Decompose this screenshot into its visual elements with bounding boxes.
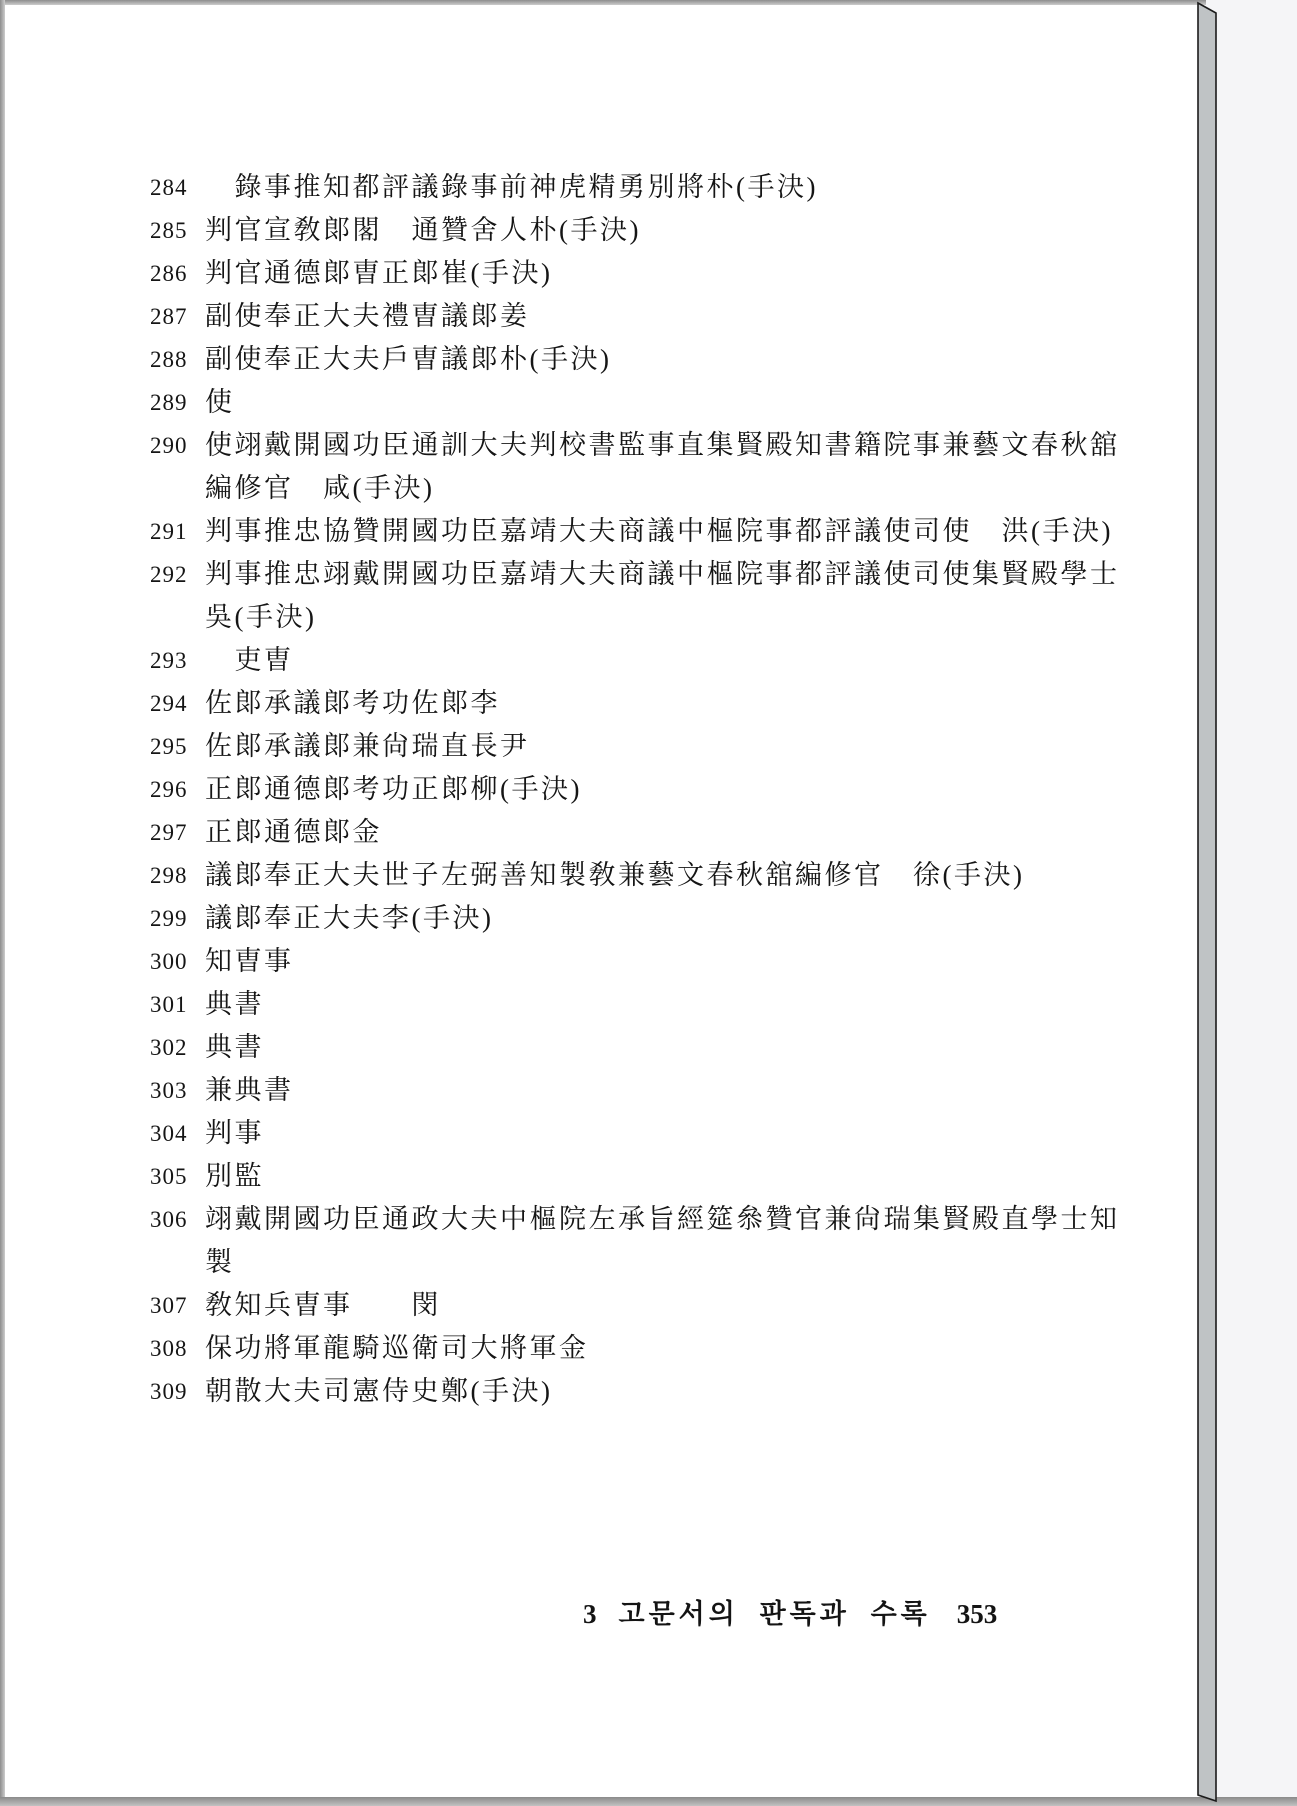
item-number: 307 xyxy=(150,1284,205,1327)
item-text: 正郞通德郞金 xyxy=(205,811,382,854)
item-number: 295 xyxy=(150,725,205,768)
item-text: 使 xyxy=(205,381,235,424)
item-number: 298 xyxy=(150,854,205,897)
item-text: 翊戴開國功臣通政大夫中樞院左承旨經筵叅贊官兼尙瑞集賢殿直學士知 製 xyxy=(205,1198,1120,1284)
item-number: 308 xyxy=(150,1327,205,1370)
page-edge-bottom xyxy=(0,1797,1297,1806)
list-item: 309 朝散大夫司憲侍史鄭(手決) xyxy=(150,1370,1120,1413)
list-item: 300 知曺事 xyxy=(150,940,1120,983)
item-number: 284 xyxy=(150,166,205,209)
chapter-number: 3 xyxy=(583,1599,597,1630)
item-number: 288 xyxy=(150,338,205,381)
item-text: 正郞通德郞考功正郞柳(手決) xyxy=(205,768,582,811)
entry-list: 284 錄事推知都評議錄事前神虎精勇別將朴(手決) 285 判官宣敎郞閣 通贊舍… xyxy=(150,166,1120,1413)
item-number: 303 xyxy=(150,1069,205,1112)
list-item: 295 佐郞承議郞兼尙瑞直長尹 xyxy=(150,725,1120,768)
list-item: 303 兼典書 xyxy=(150,1069,1120,1112)
item-text: 副使奉正大夫禮曺議郞姜 xyxy=(205,295,530,338)
item-number: 293 xyxy=(150,639,205,682)
item-number: 300 xyxy=(150,940,205,983)
list-item: 284 錄事推知都評議錄事前神虎精勇別將朴(手決) xyxy=(150,166,1120,209)
list-item: 298 議郞奉正大夫世子左弼善知製敎兼藝文春秋舘編修官 徐(手決) xyxy=(150,854,1120,897)
item-text: 議郞奉正大夫世子左弼善知製敎兼藝文春秋舘編修官 徐(手決) xyxy=(205,854,1024,897)
list-item: 297 正郞通德郞金 xyxy=(150,811,1120,854)
item-number: 297 xyxy=(150,811,205,854)
list-item: 287 副使奉正大夫禮曺議郞姜 xyxy=(150,295,1120,338)
item-text: 敎知兵曺事 閔 xyxy=(205,1284,441,1327)
list-item: 288 副使奉正大夫戶曺議郞朴(手決) xyxy=(150,338,1120,381)
list-item: 296 正郞通德郞考功正郞柳(手決) xyxy=(150,768,1120,811)
item-number: 286 xyxy=(150,252,205,295)
list-item: 307 敎知兵曺事 閔 xyxy=(150,1284,1120,1327)
scanned-book-page: 284 錄事推知都評議錄事前神虎精勇別將朴(手決) 285 判官宣敎郞閣 通贊舍… xyxy=(0,0,1297,1806)
item-text: 別監 xyxy=(205,1155,264,1198)
item-number: 285 xyxy=(150,209,205,252)
chapter-title: 고문서의 판독과 수록 xyxy=(619,1592,931,1631)
item-text: 判事推忠翊戴開國功臣嘉靖大夫商議中樞院事都評議使司使集賢殿學士 吳(手決) xyxy=(205,553,1120,639)
item-number: 289 xyxy=(150,381,205,424)
list-item: 290 使翊戴開國功臣通訓大夫判校書監事直集賢殿知書籍院事兼藝文春秋舘 編修官 … xyxy=(150,424,1120,510)
item-number: 291 xyxy=(150,510,205,553)
item-text: 典書 xyxy=(205,983,264,1026)
list-item: 286 判官通德郞曺正郞崔(手決) xyxy=(150,252,1120,295)
page-number: 353 xyxy=(957,1599,998,1630)
list-item: 305 別監 xyxy=(150,1155,1120,1198)
item-text: 佐郞承議郞考功佐郞李 xyxy=(205,682,500,725)
list-item: 285 判官宣敎郞閣 通贊舍人朴(手決) xyxy=(150,209,1120,252)
item-text: 判官宣敎郞閣 通贊舍人朴(手決) xyxy=(205,209,641,252)
list-item: 292 判事推忠翊戴開國功臣嘉靖大夫商議中樞院事都評議使司使集賢殿學士 吳(手決… xyxy=(150,553,1120,639)
item-text: 錄事推知都評議錄事前神虎精勇別將朴(手決) xyxy=(205,166,818,209)
item-number: 294 xyxy=(150,682,205,725)
item-number: 305 xyxy=(150,1155,205,1198)
page-footer: 3 고문서의 판독과 수록 353 xyxy=(583,1592,997,1631)
item-text: 判事推忠協贊開國功臣嘉靖大夫商議中樞院事都評議使司使 洪(手決) xyxy=(205,510,1113,553)
item-text: 判官通德郞曺正郞崔(手決) xyxy=(205,252,552,295)
list-item: 306 翊戴開國功臣通政大夫中樞院左承旨經筵叅贊官兼尙瑞集賢殿直學士知 製 xyxy=(150,1198,1120,1284)
list-item: 299 議郞奉正大夫李(手決) xyxy=(150,897,1120,940)
page-edge-left xyxy=(0,0,5,1797)
item-number: 309 xyxy=(150,1370,205,1413)
item-number: 304 xyxy=(150,1112,205,1155)
page-edge-right xyxy=(1196,0,1222,1806)
item-text: 議郞奉正大夫李(手決) xyxy=(205,897,493,940)
item-text: 兼典書 xyxy=(205,1069,294,1112)
list-item: 308 保功將軍龍騎巡衛司大將軍金 xyxy=(150,1327,1120,1370)
list-item: 294 佐郞承議郞考功佐郞李 xyxy=(150,682,1120,725)
item-number: 292 xyxy=(150,553,205,639)
item-text: 保功將軍龍騎巡衛司大將軍金 xyxy=(205,1327,589,1370)
item-text: 知曺事 xyxy=(205,940,294,983)
item-text: 副使奉正大夫戶曺議郞朴(手決) xyxy=(205,338,611,381)
item-text: 使翊戴開國功臣通訓大夫判校書監事直集賢殿知書籍院事兼藝文春秋舘 編修官 咸(手決… xyxy=(205,424,1120,510)
item-number: 306 xyxy=(150,1198,205,1284)
item-number: 302 xyxy=(150,1026,205,1069)
item-number: 301 xyxy=(150,983,205,1026)
item-text: 佐郞承議郞兼尙瑞直長尹 xyxy=(205,725,530,768)
list-item: 289 使 xyxy=(150,381,1120,424)
list-item: 291 判事推忠協贊開國功臣嘉靖大夫商議中樞院事都評議使司使 洪(手決) xyxy=(150,510,1120,553)
list-item: 304 判事 xyxy=(150,1112,1120,1155)
list-item: 293 吏曺 xyxy=(150,639,1120,682)
item-text: 判事 xyxy=(205,1112,264,1155)
list-item: 302 典書 xyxy=(150,1026,1120,1069)
item-number: 290 xyxy=(150,424,205,510)
item-number: 287 xyxy=(150,295,205,338)
page-edge-top xyxy=(0,0,1206,5)
item-text: 朝散大夫司憲侍史鄭(手決) xyxy=(205,1370,552,1413)
item-number: 299 xyxy=(150,897,205,940)
list-item: 301 典書 xyxy=(150,983,1120,1026)
item-text: 典書 xyxy=(205,1026,264,1069)
item-text: 吏曺 xyxy=(205,639,294,682)
item-number: 296 xyxy=(150,768,205,811)
